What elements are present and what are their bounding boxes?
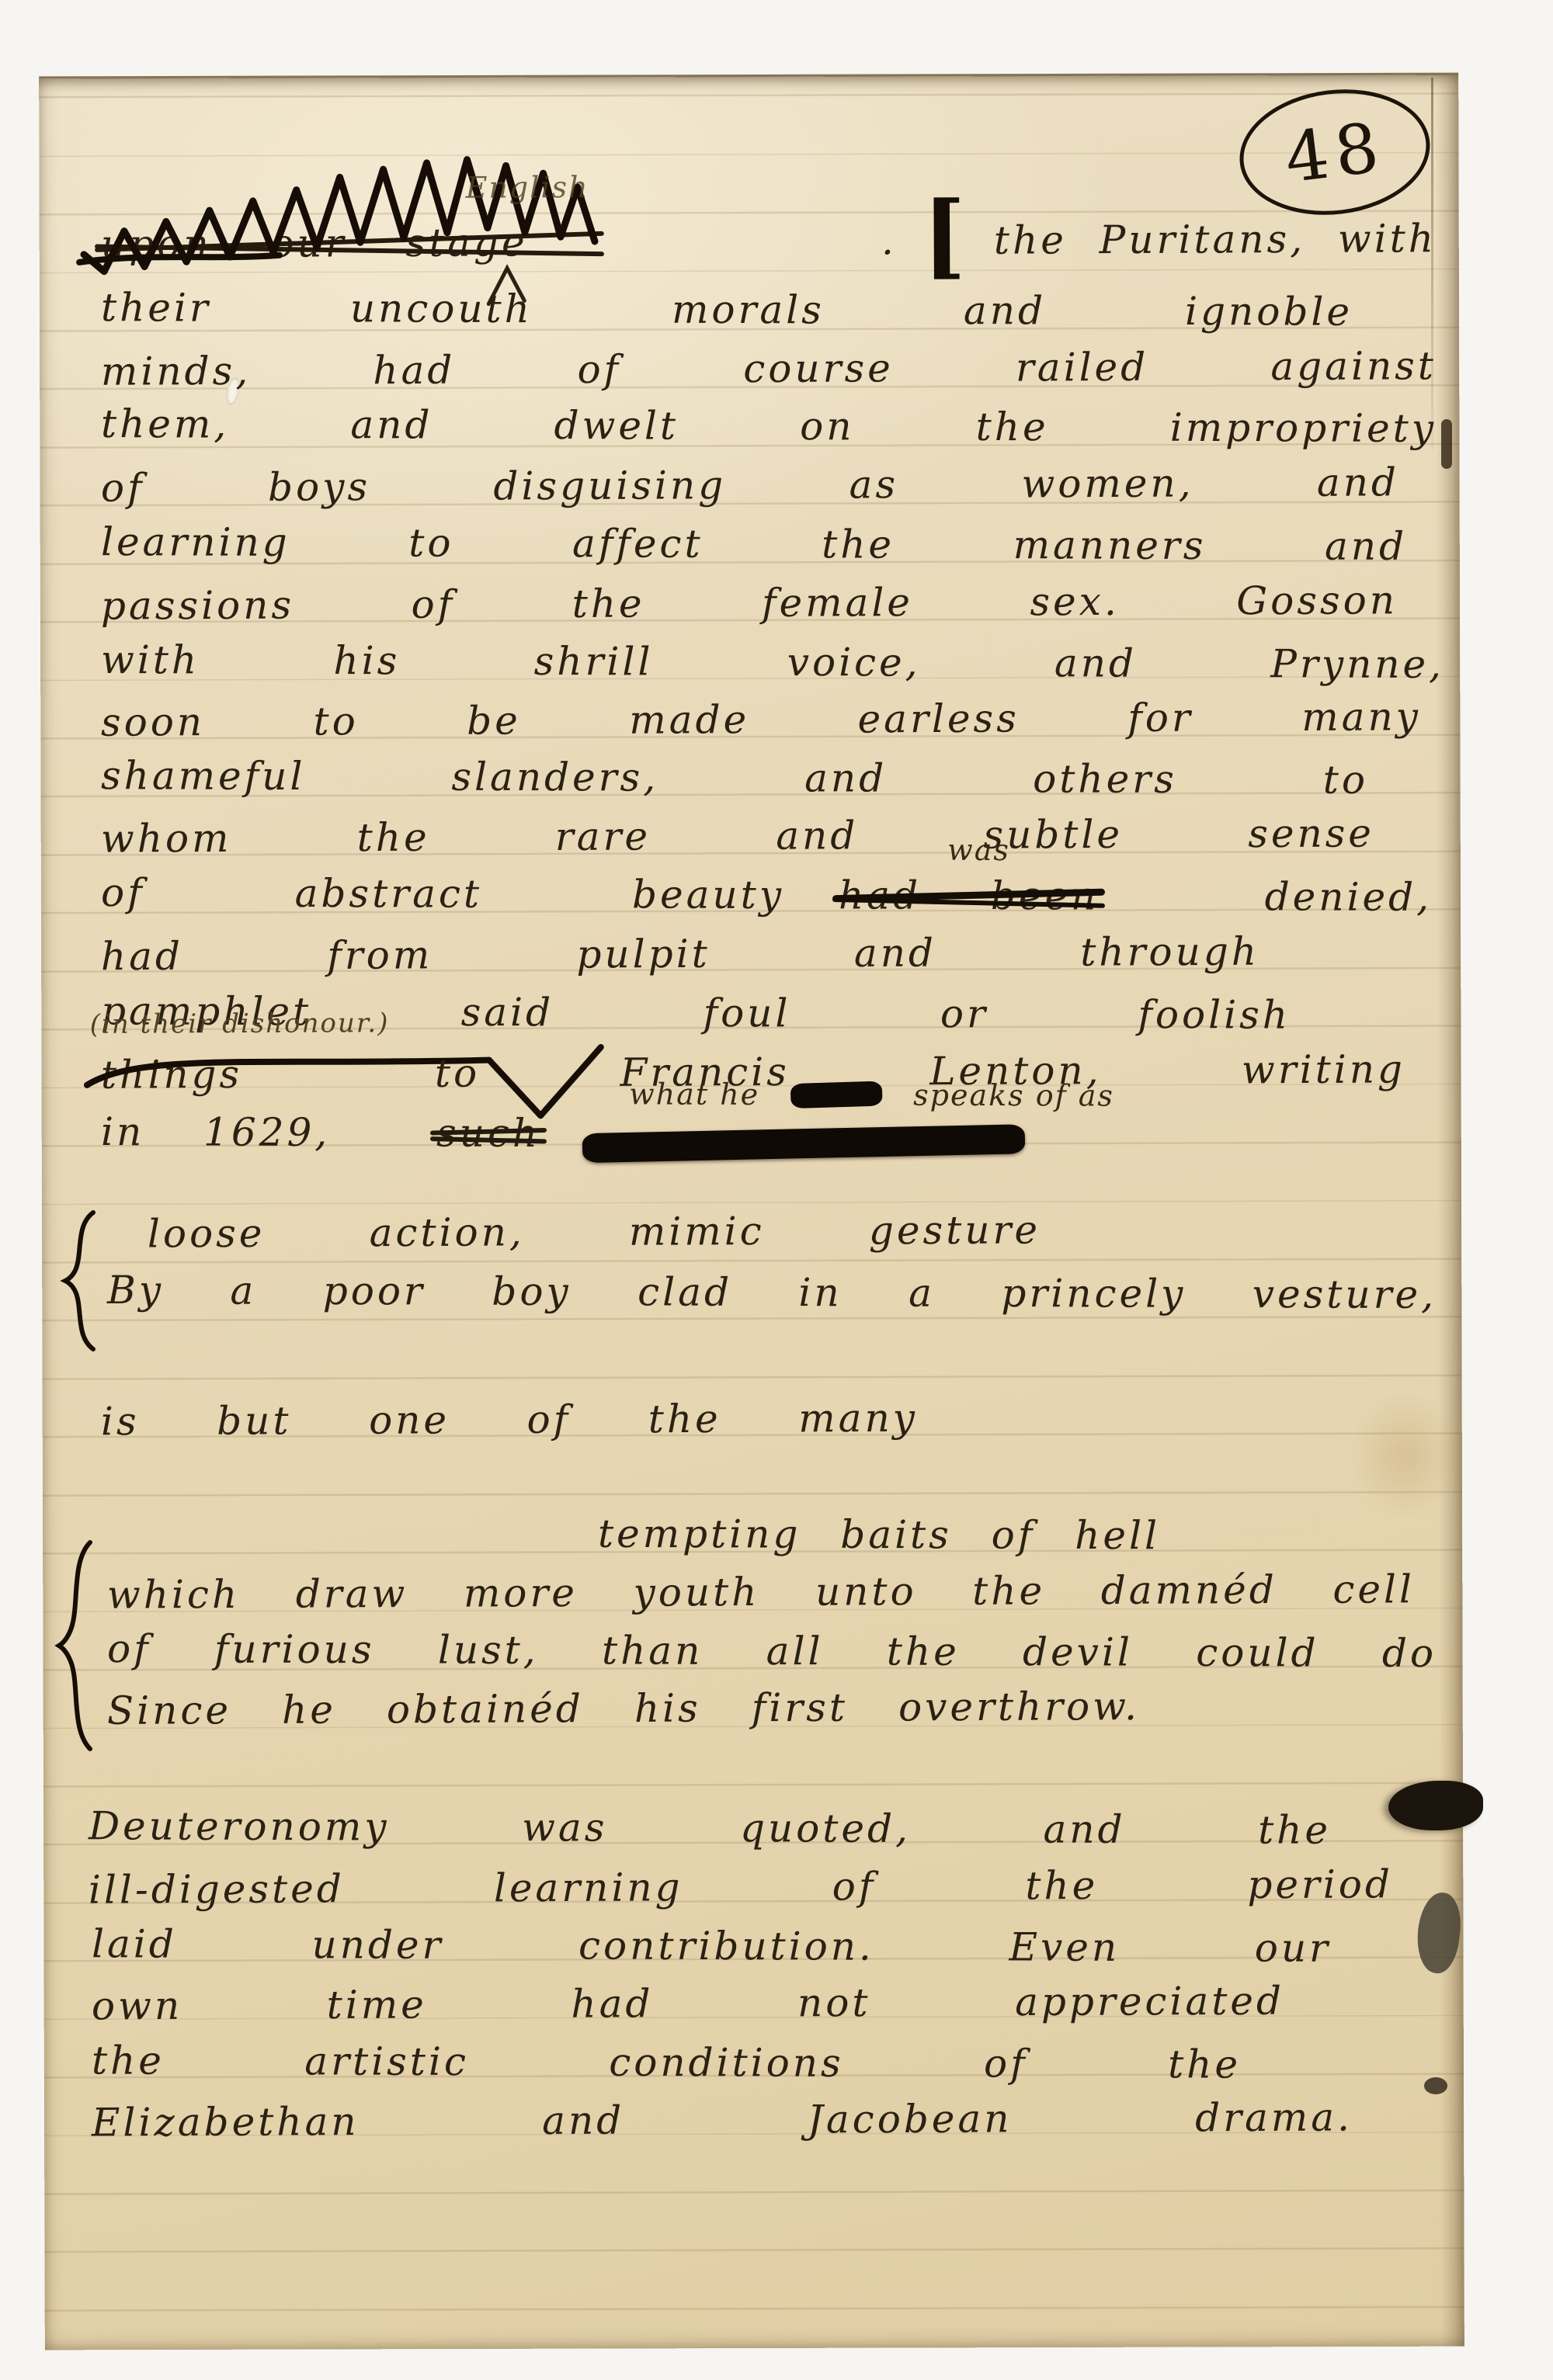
opening-bracket: [ (922, 212, 969, 258)
ms-para2-line-1: Deuteronomy was quoted, and the (89, 1803, 1331, 1864)
ms-line-8: with his shrill voice, and Prynne, (101, 637, 1444, 698)
ms-line-4: them, and dwelt on the impropriety (101, 401, 1437, 462)
struck-text: such (436, 1111, 540, 1156)
ms-line-10: shameful slanders, and others to (101, 753, 1368, 814)
ink-mark (1441, 419, 1452, 469)
ms-para2-line-6: Elizabethan and Jacobean drama. (92, 2094, 1353, 2156)
ms-line-16: in 1629, such what he speaks of as (101, 1109, 1437, 1170)
page-number: 48 (1280, 106, 1389, 198)
ms-para2-line-5: the artistic conditions of the (92, 2038, 1241, 2097)
ms-line-9: soon to be made earless for many (101, 694, 1421, 755)
ms-text: what he (629, 1077, 759, 1112)
ms-line-1: upon our stage English . [ the Puritans,… (101, 216, 1437, 278)
ms-line-13: had from pulpit and through (101, 929, 1259, 991)
ink-blob (790, 1081, 883, 1108)
blackout-smear (582, 1124, 1026, 1163)
inserted-word-was: was (947, 833, 1010, 867)
ms-para2-line-4: own time had not appreciated (92, 1979, 1284, 2040)
ms-text: of abstract beauty (101, 870, 784, 918)
quote1-line-2: By a poor boy clad in a princely vesture… (107, 1268, 1437, 1328)
ms-line-11: whom the rare and subtle sense (101, 810, 1374, 872)
inserted-word-english: English (466, 170, 589, 205)
quote-brace (64, 1211, 98, 1351)
ms-para2-line-3: laid under contribution. Even our (92, 1921, 1331, 1982)
quote2-line-1: tempting baits of hell (598, 1511, 1160, 1570)
ink-blot (1424, 2077, 1447, 2094)
ms-text: speaks of as (913, 1078, 1114, 1113)
quote2-line-4: Since he obtainéd his first overthrow. (107, 1684, 1140, 1744)
interlinear-insertion: what he speaks of as (629, 1077, 1114, 1112)
paper-stain (1328, 1366, 1483, 1545)
ms-line-3: minds, had of course railed against (101, 343, 1437, 405)
ms-line-5: of boys disguising as women, and (101, 460, 1399, 521)
quote1-line-1: loose action, mimic gesture (148, 1207, 1041, 1267)
ms-line-7: passions of the female sex. Gosson (101, 578, 1398, 639)
ms-text: the Puritans, with (994, 216, 1437, 262)
period-mark: . (881, 218, 897, 263)
scribble-zigzag (77, 128, 637, 286)
inserted-phrase: (in their dishonour.) (90, 1008, 390, 1040)
ms-text: denied, (1265, 874, 1432, 920)
ms-line-6: learning to affect the manners and (101, 519, 1407, 580)
manuscript-scan: 48 upon our stage English . [ the Purita… (0, 0, 1553, 2380)
quote-brace (57, 1541, 95, 1750)
ms-text: in 1629, (101, 1109, 330, 1155)
ms-line-12: of abstract beauty had been was denied, (101, 870, 1437, 931)
ms-para2-line-2: ill-digested learning of the period (89, 1861, 1393, 1923)
ms-line-2: their uncouth morals and ignoble (101, 285, 1353, 345)
quote2-line-2: which draw more youth unto the damnéd ce… (107, 1566, 1415, 1628)
ink-blot (1388, 1781, 1483, 1830)
ms-interlude: is but one of the many (101, 1396, 918, 1455)
quote2-line-3: of furious lust, than all the devil coul… (107, 1626, 1437, 1687)
struck-text: had been (839, 873, 1100, 918)
